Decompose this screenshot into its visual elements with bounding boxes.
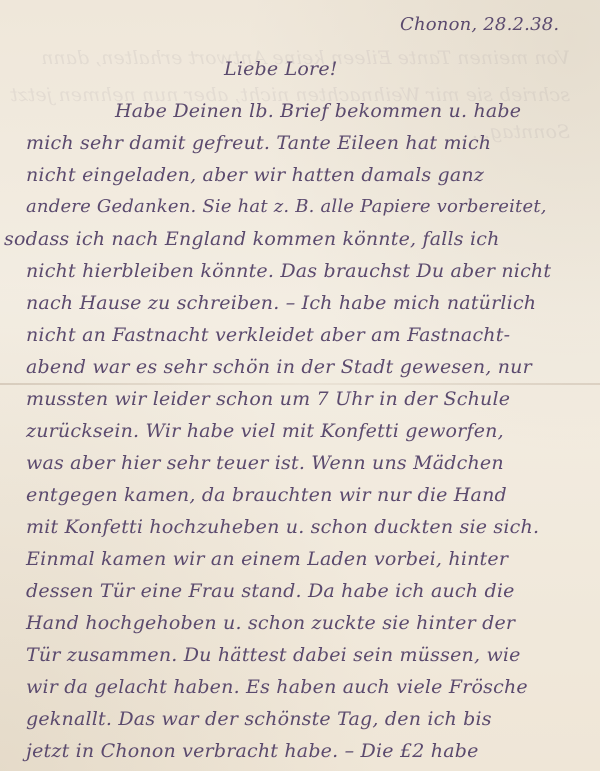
- letter-line-13: entgegen kamen, da brauchten wir nur die…: [26, 484, 507, 506]
- letter-line-16: dessen Tür eine Frau stand. Da habe ich …: [26, 580, 515, 602]
- letter-line-11: zurücksein. Wir habe viel mit Konfetti g…: [26, 420, 504, 442]
- letter-line-1: Habe Deinen lb. Brief bekommen u. habe: [115, 100, 521, 122]
- letter-line-10: mussten wir leider schon um 7 Uhr in der…: [26, 388, 510, 410]
- place-date: Chonon, 28.2.38.: [400, 14, 559, 35]
- letter-line-20: geknallt. Das war der schönste Tag, den …: [26, 708, 492, 730]
- letter-line-3: nicht eingeladen, aber wir hatten damals…: [26, 164, 484, 186]
- letter-line-7: nach Hause zu schreiben. – Ich habe mich…: [26, 292, 536, 314]
- paper-fold-crease: [0, 383, 600, 385]
- letter-line-2: mich sehr damit gefreut. Tante Eileen ha…: [26, 132, 491, 154]
- letter-line-8: nicht an Fastnacht verkleidet aber am Fa…: [26, 324, 510, 346]
- letter-line-4: andere Gedanken. Sie hat z. B. alle Papi…: [26, 196, 547, 217]
- letter-line-21: jetzt in Chonon verbracht habe. – Die £2…: [26, 740, 479, 762]
- letter-line-6: nicht hierbleiben könnte. Das brauchst D…: [26, 260, 551, 282]
- greeting: Liebe Lore!: [224, 58, 338, 80]
- letter-line-17: Hand hochgehoben u. schon zuckte sie hin…: [26, 612, 515, 634]
- letter-line-18: Tür zusammen. Du hättest dabei sein müss…: [26, 644, 521, 666]
- letter-line-12: was aber hier sehr teuer ist. Wenn uns M…: [26, 452, 504, 474]
- letter-line-15: Einmal kamen wir an einem Laden vorbei, …: [26, 548, 508, 570]
- letter-line-19: wir da gelacht haben. Es haben auch viel…: [26, 676, 528, 698]
- letter-line-5: sodass ich nach England kommen könnte, f…: [4, 228, 500, 250]
- letter-line-9: abend war es sehr schön in der Stadt gew…: [26, 356, 532, 378]
- letter-line-14: mit Konfetti hochzuheben u. schon duckte…: [26, 516, 539, 538]
